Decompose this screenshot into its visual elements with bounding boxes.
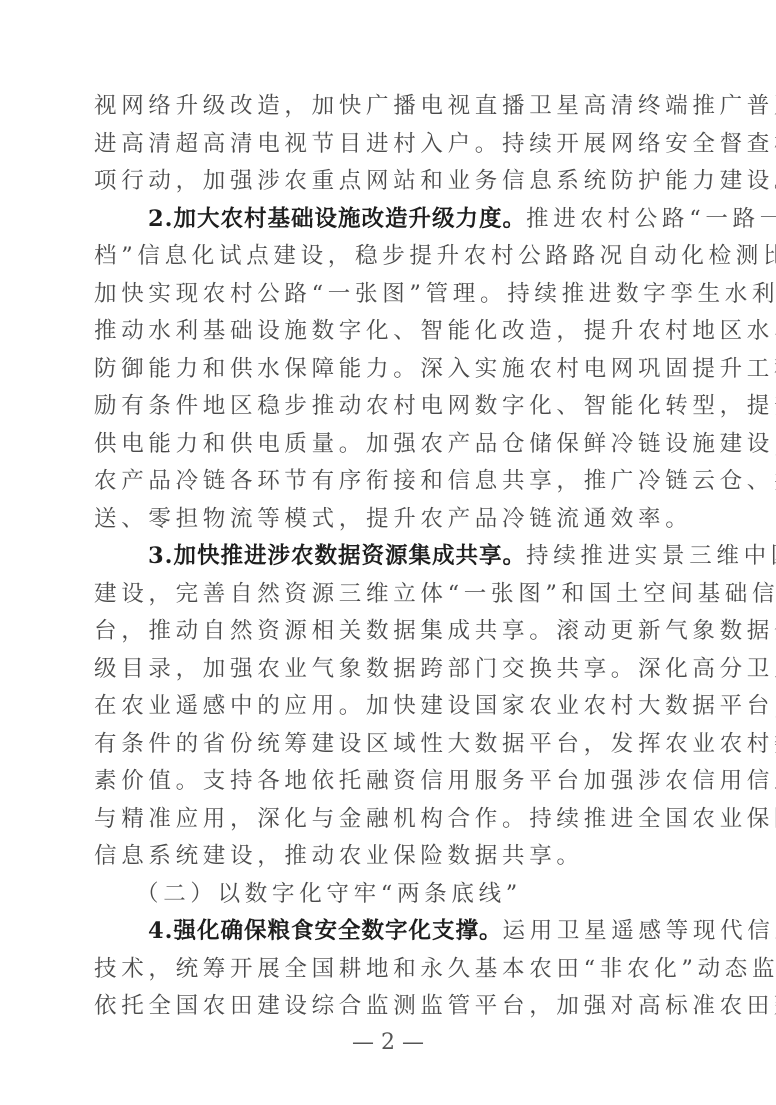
paragraph-heading-line: 2.加大农村基础设施改造升级力度。推进农村公路“一路一 <box>94 201 694 239</box>
body-line: 项行动，加强涉农重点网站和业务信息系统防护能力建设。 <box>94 163 694 201</box>
body-line: 素价值。支持各地依托融资信用服务平台加强涉农信用信息归集 <box>94 763 694 801</box>
body-line: 进高清超高清电视节目进村入户。持续开展网络安全督查检查专 <box>94 126 694 164</box>
page-number: — 2 — <box>0 1030 776 1055</box>
paragraph-heading: 2.加大农村基础设施改造升级力度。 <box>148 206 526 232</box>
paragraph-heading-line: 3.加快推进涉农数据资源集成共享。持续推进实景三维中国 <box>94 538 694 576</box>
document-page: 视网络升级改造，加快广播电视直播卫星高清终端推广普及，促 进高清超高清电视节目进… <box>94 88 694 1026</box>
body-line: 有条件的省份统筹建设区域性大数据平台，发挥农业农村数据要 <box>94 726 694 764</box>
body-line: 在农业遥感中的应用。加快建设国家农业农村大数据平台，鼓励 <box>94 688 694 726</box>
section-heading: （二）以数字化守牢“两条底线” <box>94 876 694 914</box>
body-line: 农产品冷链各环节有序衔接和信息共享，推广冷链云仓、共同配 <box>94 463 694 501</box>
body-line: 依托全国农田建设综合监测监管平台，加强对高标准农田建设全 <box>94 988 694 1026</box>
body-line: 与精准应用，深化与金融机构合作。持续推进全国农业保险数据 <box>94 801 694 839</box>
body-line: 建设，完善自然资源三维立体“一张图”和国土空间基础信息平 <box>94 576 694 614</box>
body-line: 台，推动自然资源相关数据集成共享。滚动更新气象数据分类分 <box>94 613 694 651</box>
body-line: 技术，统筹开展全国耕地和永久基本农田“非农化”动态监测。 <box>94 951 694 989</box>
body-line: 加快实现农村公路“一张图”管理。持续推进数字孪生水利建设， <box>94 276 694 314</box>
body-line: 送、零担物流等模式，提升农产品冷链流通效率。 <box>94 501 694 539</box>
body-line: 供电能力和供电质量。加强农产品仓储保鲜冷链设施建设，促进 <box>94 426 694 464</box>
paragraph-heading-line: 4.强化确保粮食安全数字化支撑。运用卫星遥感等现代信息 <box>94 913 694 951</box>
body-line: 档”信息化试点建设，稳步提升农村公路路况自动化检测比例， <box>94 238 694 276</box>
body-text: 推进农村公路“一路一 <box>526 206 776 232</box>
body-line: 防御能力和供水保障能力。深入实施农村电网巩固提升工程，鼓 <box>94 351 694 389</box>
paragraph-heading: 4.强化确保粮食安全数字化支撑。 <box>148 918 503 944</box>
body-text: 运用卫星遥感等现代信息 <box>503 918 776 944</box>
body-line: 推动水利基础设施数字化、智能化改造，提升农村地区水旱灾害 <box>94 313 694 351</box>
body-line: 励有条件地区稳步推动农村电网数字化、智能化转型，提升农村 <box>94 388 694 426</box>
paragraph-heading: 3.加快推进涉农数据资源集成共享。 <box>148 543 526 569</box>
body-line: 级目录，加强农业气象数据跨部门交换共享。深化高分卫星数据 <box>94 651 694 689</box>
body-line: 信息系统建设，推动农业保险数据共享。 <box>94 838 694 876</box>
body-text: 持续推进实景三维中国 <box>526 543 776 569</box>
body-line: 视网络升级改造，加快广播电视直播卫星高清终端推广普及，促 <box>94 88 694 126</box>
